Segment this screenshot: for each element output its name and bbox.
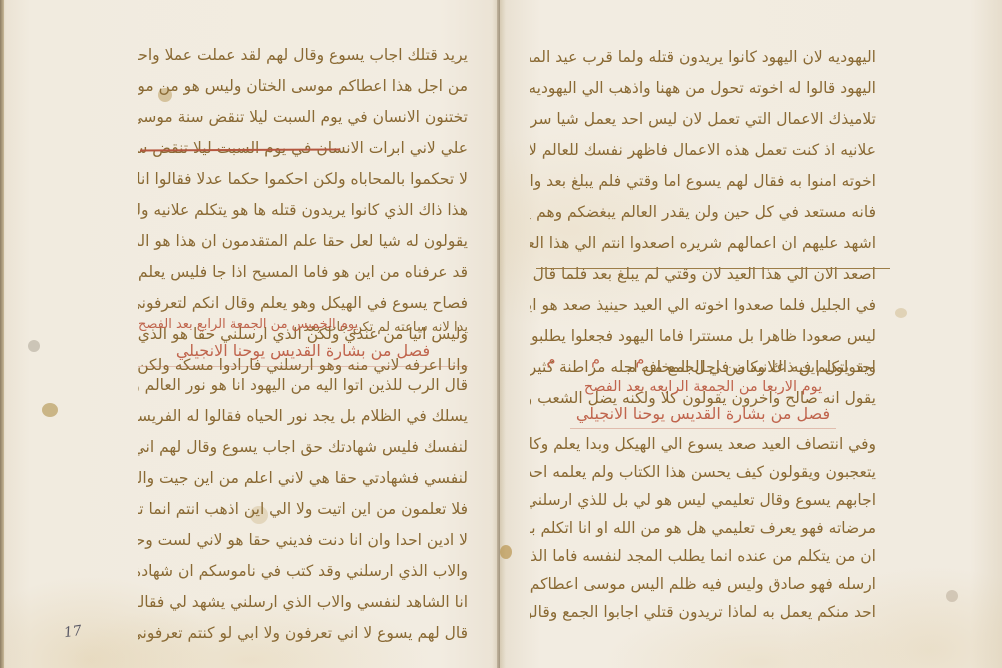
text-line: في الجليل فلما صعدوا اخوته الي العيد حين… [530,290,876,321]
text-line: وفي انتصاف العيد صعد يسوع الي الهيكل وبد… [530,430,876,458]
manuscript-spread: يريد قتلك اجاب يسوع وقال لهم لقد عملت عم… [0,0,1002,668]
right-page: اليهوديه لان اليهود كانوا يريدون قتله ول… [500,0,1002,668]
text-line: فلا تعلمون من اين اتيت ولا الي اين اذهب … [138,494,468,525]
text-line: اليهوديه لان اليهود كانوا يريدون قتله ول… [530,42,876,73]
text-line: اليهود قالوا له اخوته تحول من ههنا واذهب… [530,73,876,104]
text-line: تلاميذك الاعمال التي تعمل لان ليس احد يع… [530,104,876,135]
text-line: فانه مستعد في كل حين ولن يقدر العالم يبغ… [530,197,876,228]
text-line: يسلك في الظلام بل يجد نور الحياه فقالوا … [138,401,468,432]
left-page-text-lower: قال الرب للذين اتوا اليه من اليهود انا ه… [138,370,468,649]
text-line: علانيه اذ كنت تعمل هذه الاعمال فاظهر نفس… [530,135,876,166]
text-line: اصعد الان الي هذا العيد لان وقتي لم يبلغ… [530,259,876,290]
text-line: ليس صعودا ظاهرا بل مستترا فاما اليهود فج… [530,321,876,352]
right-page-text-lower: وفي انتصاف العيد صعد يسوع الي الهيكل وبد… [530,430,876,626]
verse-mark: م [576,352,616,368]
water-stain [895,308,907,318]
rubric-title: فصل من بشارة القديس يوحنا الانجيلي [138,336,468,367]
text-line: قال لهم يسوع لا اني تعرفون ولا ابي لو كن… [138,618,468,649]
text-line: قد عرفناه من اين هو فاما المسيح اذا جا ف… [138,257,468,288]
text-line: هذا ذاك الذي كانوا يريدون قتله ها هو يتك… [138,195,468,226]
text-line: انا الشاهد لنفسي والاب الذي ارسلني يشهد … [138,587,468,618]
water-stain [500,545,512,559]
text-line: من اجل هذا اعطاكم موسى الختان وليس هو من… [138,71,468,102]
text-line: ارسله فهو صادق وليس فيه ظلم اليس موسى اع… [530,570,876,598]
ruling-line [536,268,890,269]
left-page-rubric-heading-block: يوم الخميس من الجمعة الرابع بعد الفصح فص… [138,314,468,367]
text-line: مرضاته فهو يعرف تعليمي هل هو من الله او … [530,514,876,542]
text-line: لا ادين احدا وان انا دنت فديني حقا هو لا… [138,525,468,556]
struck-through-line: علي لاني ابرات الانسان في يوم السبت ليلا… [138,133,468,164]
text-line: قال الرب للذين اتوا اليه من اليهود انا ه… [138,370,468,401]
water-stain [42,403,58,417]
rubric-title: فصل من بشارة القديس يوحنا الانجيلي [570,400,836,429]
text-line: احد منكم يعمل به لماذا تريدون قتلي اجابو… [530,598,876,626]
text-line: اجابهم يسوع وقال تعليمي ليس هو لي بل للذ… [530,486,876,514]
rubric-heading: يوم الاربعا من الجمعة الرابعه بعد الفصح [570,374,836,400]
text-line: تختنون الانسان في يوم السبت ليلا تنقض سن… [138,102,468,133]
text-line: لنفسك فليس شهادتك حق اجاب يسوع وقال لهم … [138,432,468,463]
text-line: يريد قتلك اجاب يسوع وقال لهم لقد عملت عم… [138,40,468,71]
text-line: ان من يتكلم من عنده انما يطلب المجد لنفس… [530,542,876,570]
text-line: يقولون له شيا لعل حقا علم المتقدمون ان ه… [138,226,468,257]
text-line: لا تحكموا بالمحاباه ولكن احكموا حكما عدل… [138,164,468,195]
right-page-rubric-block: يوم الاربعا من الجمعة الرابعه بعد الفصح … [570,374,836,429]
water-stain [28,340,40,352]
text-line: لنفسي فشهادتي حقا هي لاني اعلم من اين جي… [138,463,468,494]
text-line: والاب الذي ارسلني وقد كتب في ناموسكم ان … [138,556,468,587]
left-page: يريد قتلك اجاب يسوع وقال لهم لقد عملت عم… [0,0,500,668]
rubric-heading: يوم الخميس من الجمعة الرابع بعد الفصح [138,314,468,336]
verse-mark: م [531,352,571,368]
left-page-edge [0,0,4,668]
water-stain [946,590,958,602]
text-line: يتعجبون ويقولون كيف يحسن هذا الكتاب ولم … [530,458,876,486]
text-line: اخوته امنوا به فقال لهم يسوع اما وقتي فل… [530,166,876,197]
folio-number: 17 [63,623,83,641]
text-line: اشهد عليهم ان اعمالهم شريره اصعدوا انتم … [530,228,876,259]
